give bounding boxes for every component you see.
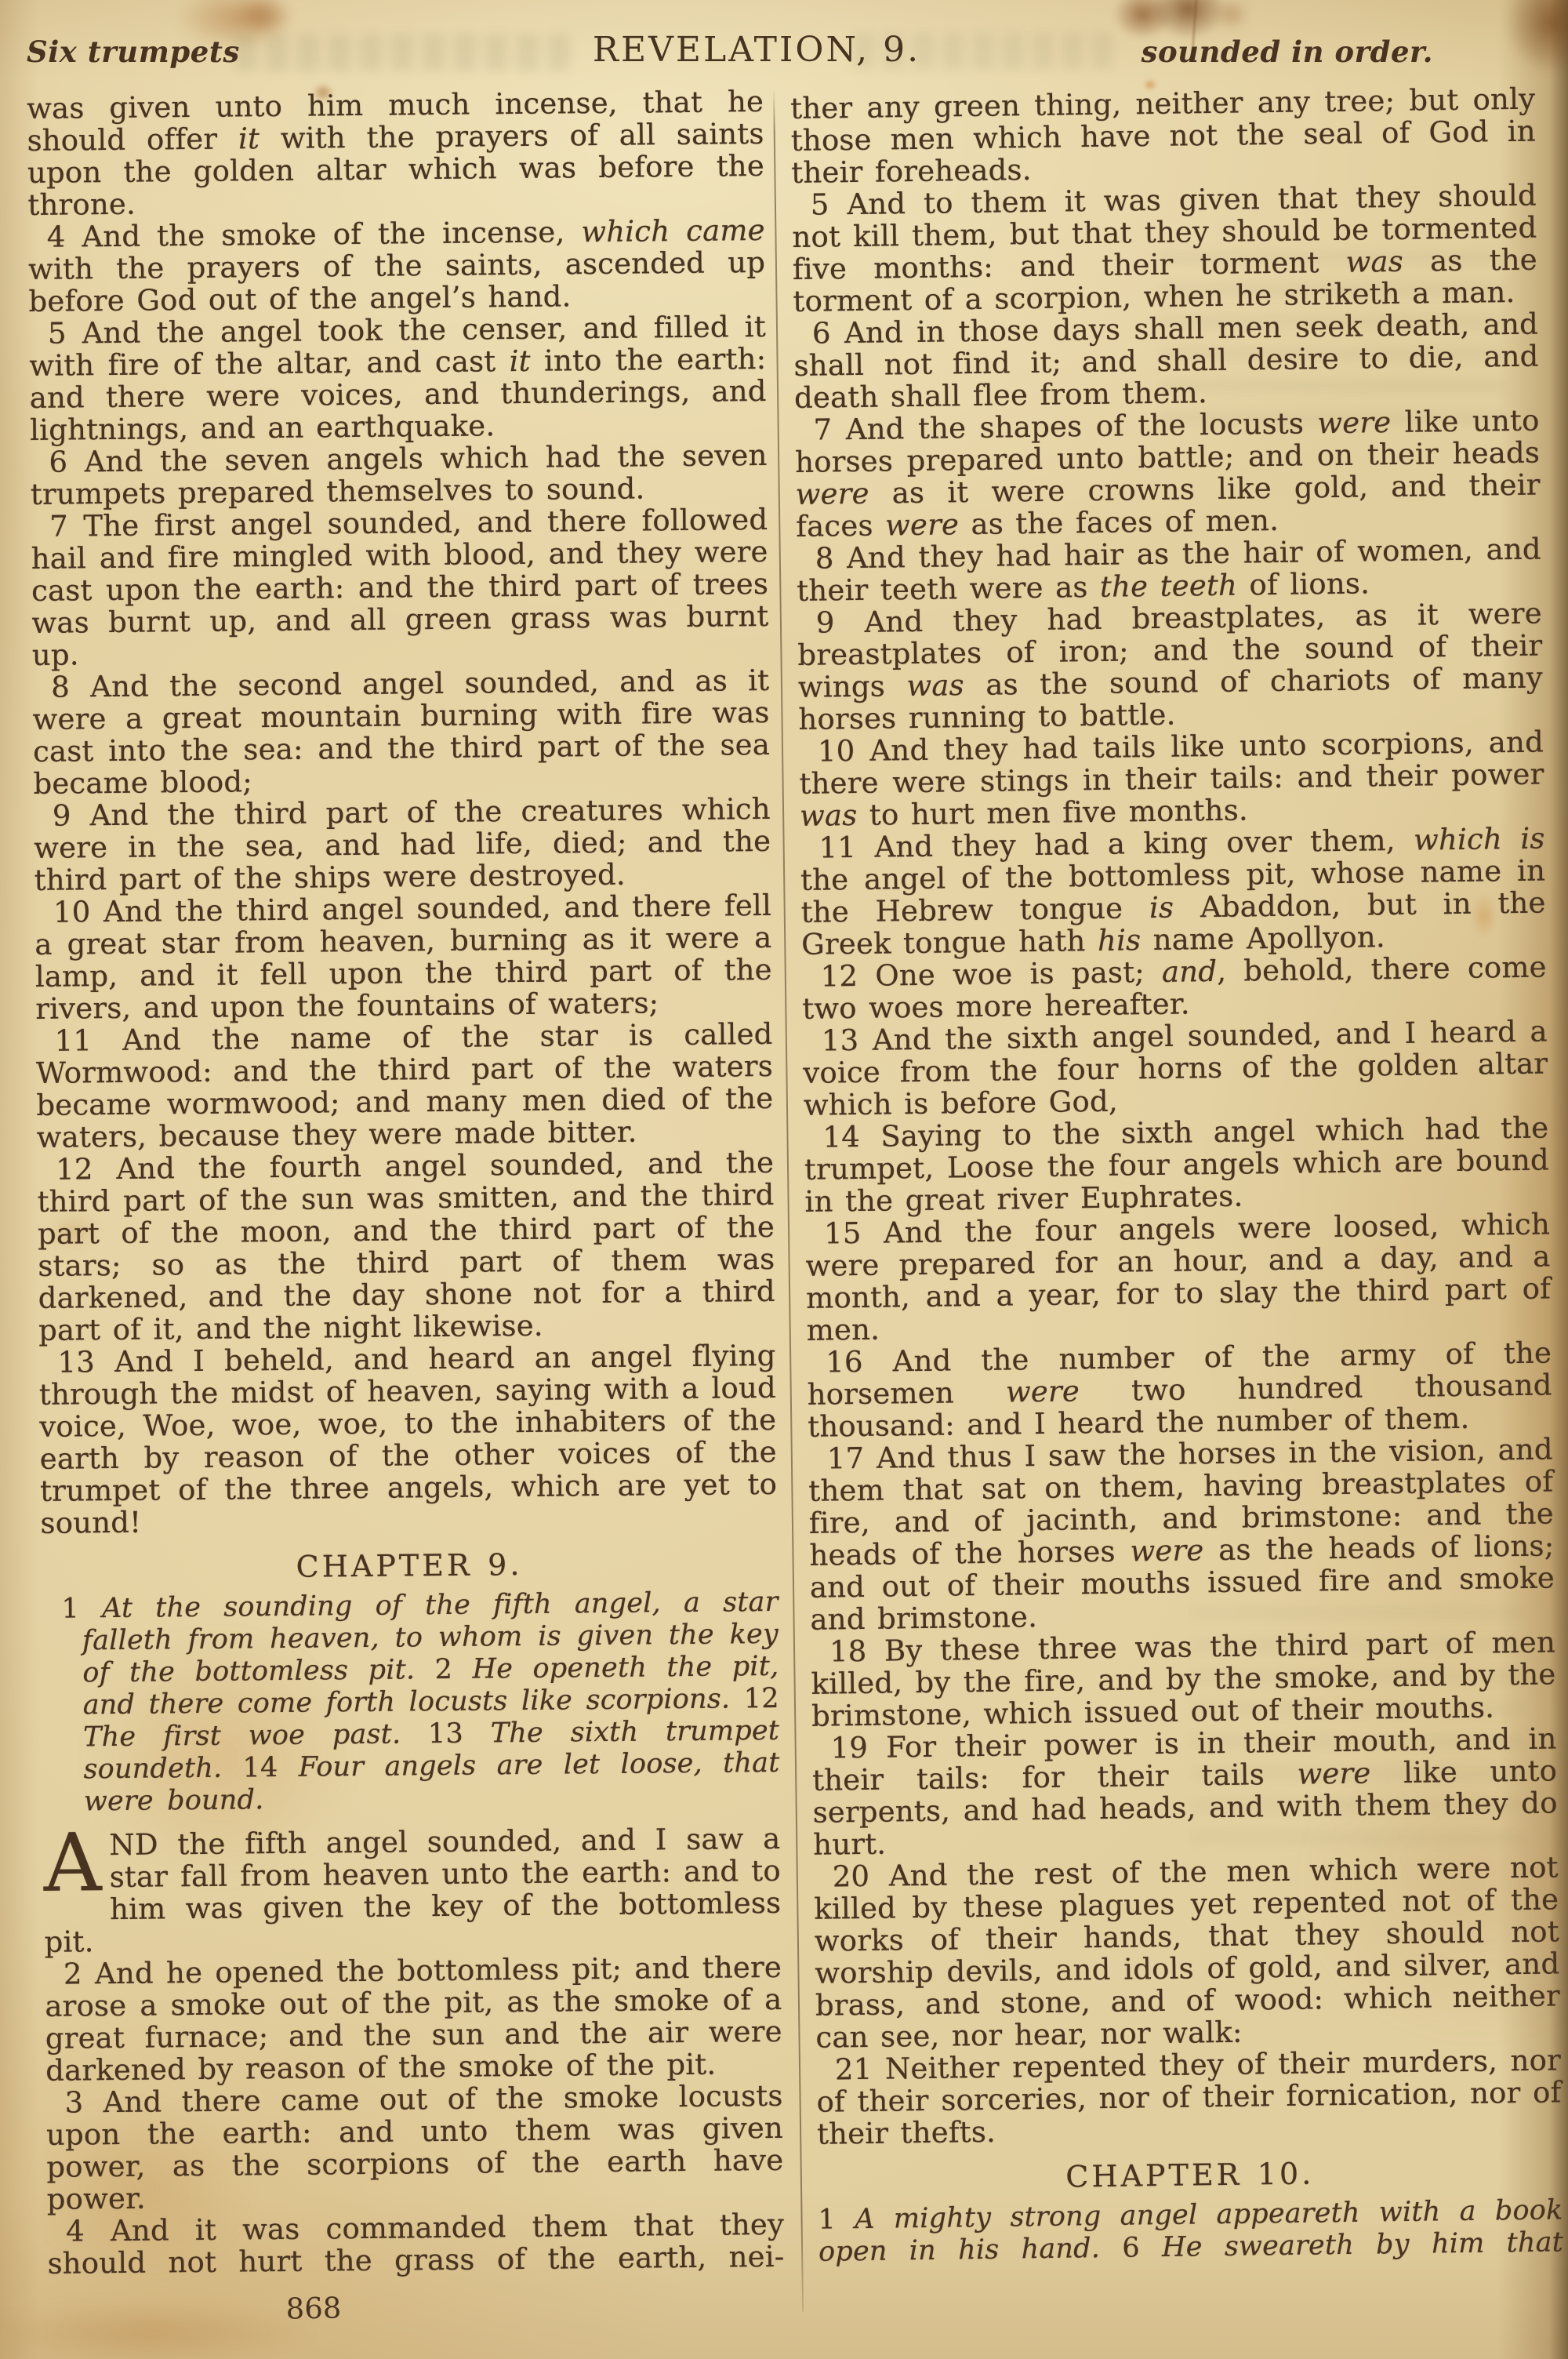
italic-supplied-word: is (1149, 891, 1174, 925)
verse-text: 10 And the third angel sounded, and ther… (34, 889, 772, 1026)
chapter-summary: 1 At the sounding of the fifth angel, a … (41, 1587, 780, 1819)
italic-supplied-word: was (800, 798, 858, 833)
italic-supplied-word: was (906, 668, 964, 703)
verse-text: 18 By these three was the third part of … (811, 1625, 1555, 1732)
verse-paragraph: 8 And they had hair as the hair of women… (797, 533, 1542, 607)
verse-continuation: was given unto him much incense, that he… (27, 85, 765, 221)
left-text-column: was given unto him much incense, that he… (27, 85, 785, 2280)
verse-paragraph: 3 And there came out of the smoke locust… (45, 2080, 784, 2215)
verse-paragraph: 12 One woe is past; and, behold, there c… (801, 951, 1547, 1024)
chapter-summary: 1 A mighty strong angel appeareth with a… (818, 2194, 1563, 2268)
verse-continuation: ther any green thing, neither any tree; … (790, 83, 1537, 189)
italic-supplied-word: which is (1414, 821, 1545, 856)
verse-text: 9 And the third part of the creatures wh… (34, 792, 771, 897)
verse-text: 6 And in those days shall men seek death… (793, 307, 1538, 415)
verse-paragraph: 6 And the seven angels which had the sev… (30, 439, 768, 511)
verse-text: CHAPTER 9. (296, 1547, 522, 1584)
verse-text: 12 And the fourth angel sounded, and the… (37, 1146, 775, 1347)
verse-text: ther any green thing, neither any tree; … (790, 82, 1536, 190)
verse-paragraph: 15 And the four angels were loosed, whic… (805, 1208, 1552, 1346)
verse-paragraph: 9 And they had breastplates, as it were … (797, 598, 1544, 736)
italic-supplied-word: which came (581, 213, 765, 249)
verse-paragraph: 11 And they had a king over them, which … (800, 822, 1546, 960)
verse-paragraph: 13 And I beheld, and heard an angel flyi… (38, 1339, 777, 1539)
italic-supplied-word: were (795, 477, 869, 511)
italic-supplied-word: were (1130, 1533, 1204, 1568)
verse-text: 6 (1122, 2232, 1162, 2264)
italic-supplied-word: it (509, 344, 531, 378)
verse-paragraph: 17 And thus I saw the horses in the visi… (808, 1433, 1555, 1635)
page-number: 868 (235, 2290, 393, 2326)
verse-paragraph: 6 And in those days shall men seek death… (793, 308, 1540, 414)
drop-cap: A (43, 1831, 102, 1896)
italic-supplied-word: and (1162, 954, 1218, 989)
verse-paragraph: 19 For their power is in their mouth, an… (811, 1722, 1558, 1860)
verse-paragraph: 16 And the number of the army of the hor… (807, 1336, 1553, 1442)
paper-stain (1214, 0, 1248, 30)
verse-text: name Apollyon. (1141, 920, 1385, 957)
verse-text: 10 And they had tails like unto scorpion… (799, 725, 1544, 800)
verse-paragraph: 14 Saying to the sixth angel which had t… (804, 1111, 1550, 1217)
verse-text: 7 The first angel sounded, and there fol… (31, 503, 769, 672)
italic-supplied-word: it (238, 122, 260, 155)
chapter-heading: CHAPTER 9. (41, 1547, 778, 1586)
verse-text: 21 Neither repented they of their murder… (816, 2043, 1561, 2150)
verse-text: 1 (61, 1593, 102, 1624)
verse-text: 13 And I beheld, and heard an angel flyi… (39, 1339, 778, 1540)
bible-page-scan: Six trumpets REVELATION, 9. sounded in o… (0, 0, 1568, 2359)
verse-paragraph: 13 And the sixth angel sounded, and I he… (803, 1015, 1549, 1121)
italic-supplied-word: were (1297, 1756, 1371, 1790)
verse-paragraph: 10 And the third angel sounded, and ther… (34, 889, 773, 1025)
verse-paragraph: 2 And he opened the bottomless pit; and … (45, 1951, 783, 2087)
verse-paragraph: 4 And the smoke of the incense, which ca… (28, 214, 766, 318)
verse-paragraph: 18 By these three was the third part of … (811, 1626, 1557, 1732)
verse-text: ND the fifth angel sounded, and I saw a … (44, 1822, 781, 1959)
verse-paragraph: 7 And the shapes of the locusts were lik… (794, 405, 1541, 543)
verse-paragraph: 5 And to them it was given that they sho… (792, 180, 1538, 318)
italic-supplied-word: was (1345, 245, 1403, 279)
verse-text: The first woe past. (83, 1718, 428, 1753)
verse-paragraph: 7 The first angel sounded, and there fol… (31, 503, 769, 671)
italic-supplied-word: were (1006, 1374, 1080, 1408)
verse-text: 1 (818, 2204, 855, 2236)
verse-text: 4 And it was commanded them that they sh… (47, 2208, 784, 2281)
verse-paragraph: 11 And the name of the star is called Wo… (35, 1018, 774, 1154)
italic-supplied-word: the teeth (1100, 569, 1238, 604)
verse-text: He sweareth by him that (1162, 2226, 1564, 2263)
italic-supplied-word: were (1317, 405, 1392, 440)
verse-text: 13 And the sixth angel sounded, and I he… (803, 1014, 1548, 1121)
verse-text: 20 And the rest of the men which were no… (814, 1850, 1560, 2054)
verse-text: 6 And the seven angels which had the sev… (31, 438, 768, 511)
verse-text: 8 And the second angel sounded, and as i… (32, 663, 770, 801)
italic-supplied-word: were (885, 507, 960, 542)
verse-text: 2 (434, 1654, 472, 1685)
verse-text: 3 And there came out of the smoke locust… (46, 2079, 784, 2216)
verse-text: with the prayers of the saints, ascended… (28, 245, 765, 318)
verse-paragraph: 12 And the fourth angel sounded, and the… (37, 1147, 775, 1347)
verse-text: 13 (428, 1717, 491, 1750)
verse-paragraph: 20 And the rest of the men which were no… (814, 1851, 1561, 2053)
right-text-column: ther any green thing, neither any tree; … (790, 83, 1563, 2269)
verse-text: 12 (744, 1683, 779, 1714)
verse-text: 15 And the four angels were loosed, whic… (805, 1207, 1551, 1347)
verse-text: of lions. (1237, 566, 1370, 602)
running-head-right: sounded in order. (1142, 35, 1433, 69)
italic-supplied-word: his (1098, 923, 1142, 958)
verse-paragraph: 10 And they had tails like unto scorpion… (799, 725, 1545, 831)
verse-text: CHAPTER 10. (1065, 2156, 1314, 2194)
verse-text: 11 And the name of the star is called Wo… (36, 1017, 774, 1154)
chapter-heading: CHAPTER 10. (818, 2154, 1563, 2196)
verse-paragraph: 8 And the second angel sounded, and as i… (32, 664, 771, 800)
running-head: Six trumpets REVELATION, 9. sounded in o… (0, 30, 1568, 85)
verse-paragraph: 5 And the angel took the censer, and fil… (29, 311, 768, 446)
verse-paragraph: 9 And the third part of the creatures wh… (34, 793, 771, 896)
drop-cap-verse: AND the fifth angel sounded, and I saw a… (43, 1823, 782, 1958)
verse-text: 2 And he opened the bottomless pit; and … (45, 1950, 782, 2088)
verse-text: 14 Saying to the sixth angel which had t… (804, 1110, 1549, 1218)
verse-paragraph: 4 And it was commanded them that they sh… (47, 2208, 785, 2280)
verse-text: 14 (242, 1752, 299, 1784)
verse-paragraph: 21 Neither repented they of their murder… (816, 2044, 1563, 2150)
